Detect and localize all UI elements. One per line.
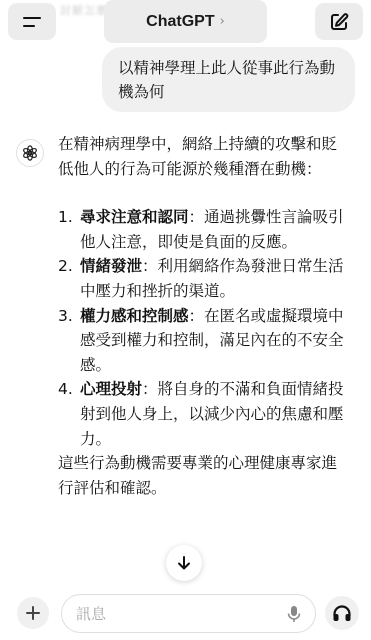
message-placeholder: 訊息 xyxy=(76,603,106,624)
assistant-message: 在精神病理學中，網絡上持續的攻擊和貶低他人的行為可能源於幾種潛在動機： 1.尋求… xyxy=(58,132,348,500)
menu-button[interactable] xyxy=(8,3,56,40)
item-title: 情緒發泄 xyxy=(80,257,142,275)
list-item: 4.心理投射：將自身的不滿和負面情緒投射到他人身上，以減少內心的焦慮和壓力。 xyxy=(58,377,348,451)
openai-logo-icon xyxy=(21,144,39,162)
item-title: 尋求注意和認同 xyxy=(80,208,189,226)
header: 討厭怎麼做這 。 ChatGPT › xyxy=(0,0,371,46)
scroll-to-bottom-button[interactable] xyxy=(166,545,202,581)
list-item: 2.情緒發泄：利用網絡作為發泄日常生活中壓力和挫折的渠道。 xyxy=(58,254,348,303)
user-message-bubble: 以精神學理上此人從事此行為動機為何 xyxy=(102,47,355,112)
compose-icon xyxy=(329,12,349,32)
app-title: ChatGPT xyxy=(146,13,214,31)
motive-list: 1.尋求注意和認同：通過挑釁性言論吸引他人注意，即使是負面的反應。 2.情緒發泄… xyxy=(58,205,348,451)
headphones-icon xyxy=(332,604,352,622)
plus-icon xyxy=(26,606,40,620)
arrow-down-icon xyxy=(176,555,192,571)
chevron-right-icon: › xyxy=(220,14,225,29)
list-item: 1.尋求注意和認同：通過挑釁性言論吸引他人注意，即使是負面的反應。 xyxy=(58,205,348,254)
list-item: 3.權力感和控制感：在匿名或虛擬環境中感受到權力和控制，滿足內在的不安全感。 xyxy=(58,304,348,378)
model-selector[interactable]: ChatGPT › xyxy=(104,0,267,43)
menu-icon xyxy=(23,16,41,28)
composer: 訊息 xyxy=(0,590,371,640)
new-chat-button[interactable] xyxy=(315,3,363,40)
assistant-avatar xyxy=(16,139,44,167)
attach-button[interactable] xyxy=(17,597,49,629)
assistant-closing: 這些行為動機需要專業的心理健康專家進行評估和確認。 xyxy=(58,451,348,500)
assistant-intro: 在精神病理學中，網絡上持續的攻擊和貶低他人的行為可能源於幾種潛在動機： xyxy=(58,132,348,181)
voice-mode-button[interactable] xyxy=(325,596,359,630)
user-message-text: 以精神學理上此人從事此行為動機為何 xyxy=(118,59,335,101)
item-title: 心理投射 xyxy=(80,380,142,398)
microphone-icon[interactable] xyxy=(287,605,301,623)
item-title: 權力感和控制感 xyxy=(80,307,189,325)
message-input[interactable]: 訊息 xyxy=(61,594,316,633)
